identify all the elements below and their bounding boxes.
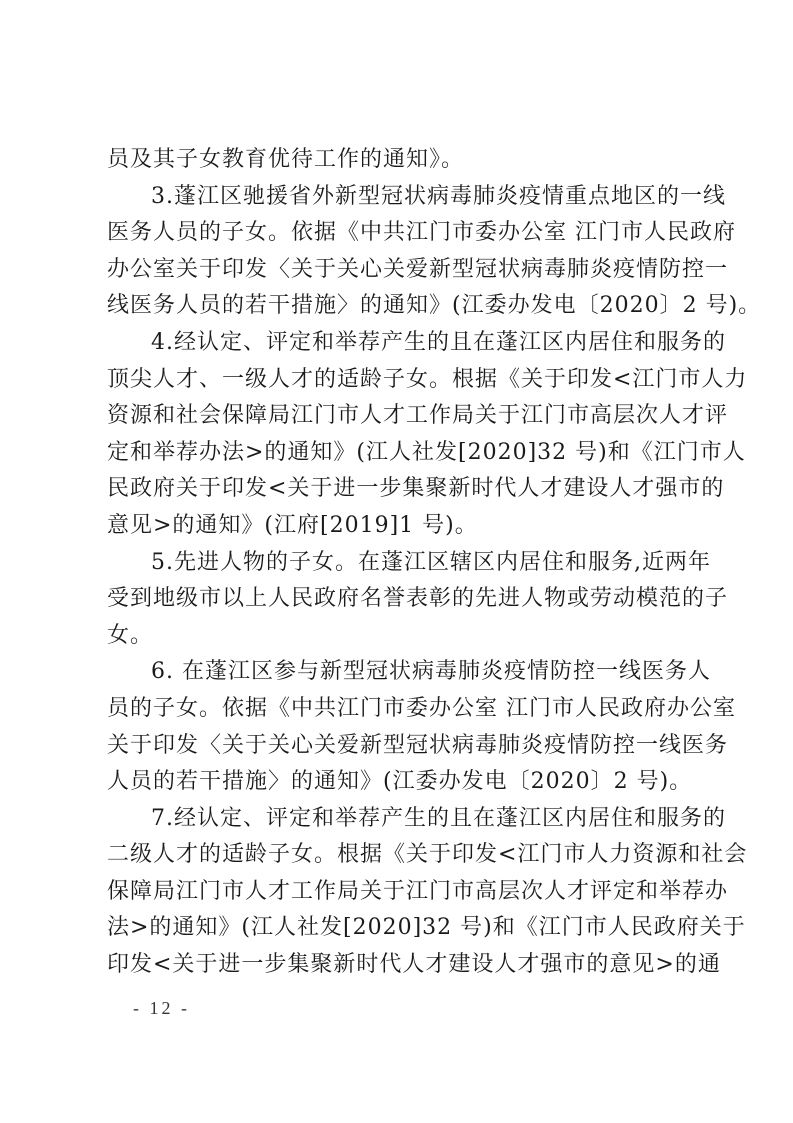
item-6-line: 6. 在蓬江区参与新型冠状病毒肺炎疫情防控一线医务人 [107, 654, 693, 691]
item-7-line: 7.经认定、评定和举荐产生的且在蓬江区内居住和服务的 [107, 801, 693, 838]
text-line: 员的子女。依据《中共江门市委办公室 江门市人民政府办公室 [107, 691, 693, 728]
text-line: 关于印发〈关于关心关爱新型冠状病毒肺炎疫情防控一线医务 [107, 728, 693, 765]
item-5-line: 5.先进人物的子女。在蓬江区辖区内居住和服务,近两年 [107, 545, 693, 582]
text-line: 保障局江门市人才工作局关于江门市高层次人才评定和举荐办 [107, 874, 693, 911]
text-line: 办公室关于印发〈关于关心关爱新型冠状病毒肺炎疫情防控一 [107, 252, 693, 289]
text-line: 医务人员的子女。依据《中共江门市委办公室 江门市人民政府 [107, 215, 693, 252]
page-number: - 12 - [133, 998, 190, 1019]
text-line: 顶尖人才、一级人才的适龄子女。根据《关于印发<江门市人力 [107, 362, 693, 399]
text-line: 印发<关于进一步集聚新时代人才建设人才强市的意见>的通 [107, 947, 693, 984]
text-line: 意见>的通知》(江府[2019]1 号)。 [107, 508, 693, 545]
text-line: 资源和社会保障局江门市人才工作局关于江门市高层次人才评 [107, 398, 693, 435]
text-line: 定和举荐办法>的通知》(江人社发[2020]32 号)和《江门市人 [107, 435, 693, 472]
item-4-line: 4.经认定、评定和举荐产生的且在蓬江区内居住和服务的 [107, 325, 693, 362]
document-body: 员及其子女教育优待工作的通知》。 3.蓬江区驰援省外新型冠状病毒肺炎疫情重点地区… [107, 142, 693, 984]
item-3-line: 3.蓬江区驰援省外新型冠状病毒肺炎疫情重点地区的一线 [107, 179, 693, 216]
text-line: 员及其子女教育优待工作的通知》。 [107, 142, 693, 179]
text-line: 法>的通知》(江人社发[2020]32 号)和《江门市人民政府关于 [107, 910, 693, 947]
text-line: 线医务人员的若干措施〉的通知》(江委办发电〔2020〕2 号)。 [107, 288, 693, 325]
text-line: 女。 [107, 618, 693, 655]
text-line: 二级人才的适龄子女。根据《关于印发<江门市人力资源和社会 [107, 837, 693, 874]
text-line: 受到地级市以上人民政府名誉表彰的先进人物或劳动模范的子 [107, 581, 693, 618]
text-line: 民政府关于印发<关于进一步集聚新时代人才建设人才强市的 [107, 471, 693, 508]
text-line: 人员的若干措施〉的通知》(江委办发电〔2020〕2 号)。 [107, 764, 693, 801]
